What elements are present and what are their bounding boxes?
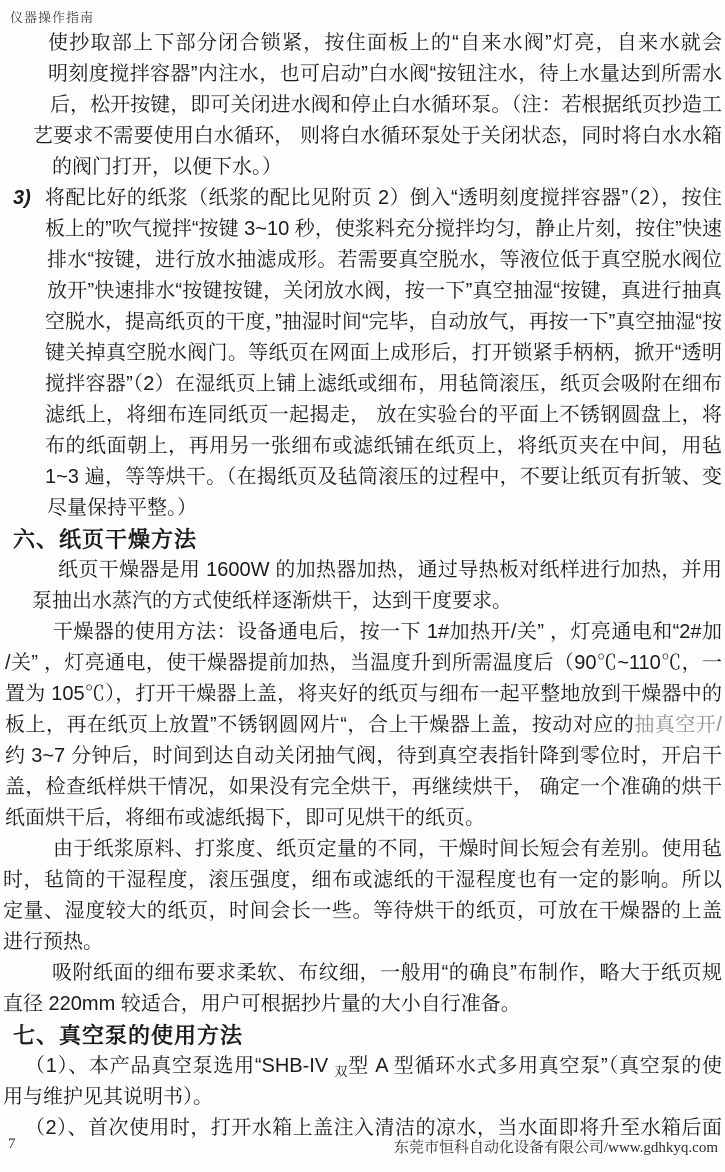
text-segment: 约 3~7 分钟后，时间到达自动关闭抽气阀，待到真空表指针降到零位时，开启干燥器… — [5, 745, 722, 772]
text-segment: 吸附纸面的细布要求柔软、布纹细，一般用“的确良”布制作，略大于纸页规格， — [52, 962, 722, 989]
text-segment: 排水“按键，进行放水抽滤成形。若需要真空脱水，等液位低于真空脱水阀位置后， — [47, 249, 722, 276]
text-segment: 布的纸面朝上，再用另一张细布或滤纸铺在纸页上，将纸页夹在中间，用毡筒滚压 — [45, 435, 722, 462]
text-line: 明刻度搅拌容器”内注水，也可启动”白水阀“按钮注水，待上水量达到所需水量 — [0, 59, 722, 90]
text-line: 板上的”吹气搅拌“按键 3~10 秒，使浆料充分搅拌均匀，静止片刻，按住”快速 — [0, 214, 722, 245]
text-segment: 板上，再在纸页上放置”不锈钢圆网片“，合上干燥器上盖，按动对应的 — [5, 714, 634, 736]
text-segment: 明刻度搅拌容器”内注水，也可启动”白水阀“按钮注水，待上水量达到所需水量 — [48, 63, 722, 90]
text-segment: 由于纸浆原料、打浆度、纸页定量的不同，干燥时间长短会有差别。使用毡筒 — [53, 838, 722, 865]
text-segment: 直径 220mm 较适合，用户可根据抄片量的大小自行准备。 — [3, 993, 521, 1015]
text-segment: 空脱水，提高纸页的干度，”抽湿时间“完毕，自动放气，再按一下”真空抽湿“按 — [45, 311, 722, 333]
header-title: 仪器操作指南 — [10, 10, 94, 25]
text-line: （1）、本产品真空泵选用“SHB-IV 双型 A 型循环水式多用真空泵”（真空泵… — [0, 1051, 722, 1082]
text-segment: 六、纸页干燥方法 — [13, 527, 197, 552]
text-line: 板上，再在纸页上放置”不锈钢圆网片“，合上干燥器上盖，按动对应的抽真空开/关， — [0, 710, 722, 741]
text-segment: （1）、本产品真空泵选用“SHB-IV — [25, 1055, 334, 1077]
footer-company-url: 东莞市恒科自动化设备有限公司/www.gdhkyq.com — [394, 1136, 718, 1157]
text-line: 置为 105℃），打开干燥器上盖，将夹好的纸页与细布一起平整地放到干燥器中的导热 — [0, 679, 722, 710]
text-line: 放开”快速排水“按键按键，关闭放水阀，按一下”真空抽湿“按键，真进行抽真 — [0, 276, 722, 307]
section-heading: 六、纸页干燥方法 — [0, 524, 722, 555]
text-line: 尽量保持平整。） — [0, 493, 722, 524]
text-segment: 后，松开按键，即可关闭进水阀和停止白水循环泵。（注：若根据纸页抄造工 — [50, 94, 722, 116]
text-segment: 时，毡筒的干湿程度，滚压强度，细布或滤纸的干湿程度也有一定的影响。所以干燥 — [3, 869, 722, 896]
text-segment: 使抄取部上下部分闭合锁紧，按住面板上的“自来水阀”灯亮，自来水就会向“透 — [48, 32, 722, 59]
text-segment: 1~3 遍，等等烘干。（在揭纸页及毡筒滚压的过程中，不要让纸页有折皱、变形， — [45, 466, 722, 493]
text-line: 纸面烘干后，将细布或滤纸揭下，即可见烘干的纸页。 — [0, 803, 722, 834]
text-segment: 干燥器的使用方法：设备通电后，按一下 1#加热开/关” ，灯亮通电和“2#加热开 — [53, 621, 722, 648]
text-line: 搅拌容器”（2）在湿纸页上铺上滤纸或细布，用毡筒滚压，纸页会吸附在细布或 — [0, 369, 722, 400]
text-segment: 键关掉真空脱水阀门。等纸页在网面上成形后，打开锁紧手柄柄，掀开“透明刻度 — [45, 342, 722, 369]
text-line: 键关掉真空脱水阀门。等纸页在网面上成形后，打开锁紧手柄柄，掀开“透明刻度 — [0, 338, 722, 369]
text-line: 空脱水，提高纸页的干度，”抽湿时间“完毕，自动放气，再按一下”真空抽湿“按 — [0, 307, 722, 338]
text-line: 使抄取部上下部分闭合锁紧，按住面板上的“自来水阀”灯亮，自来水就会向“透 — [0, 28, 722, 59]
text-segment: 的阀门打开，以便下水。） — [52, 156, 282, 178]
text-line: 3)将配比好的纸浆（纸浆的配比见附页 2）倒入“透明刻度搅拌容器”（2），按住面 — [0, 183, 722, 214]
page-header: 仪器操作指南 — [10, 7, 94, 26]
section-heading: 七、真空泵的使用方法 — [0, 1020, 722, 1051]
text-line: 的阀门打开，以便下水。） — [0, 152, 722, 183]
text-segment: 放开”快速排水“按键按键，关闭放水阀，按一下”真空抽湿“按键，真进行抽真 — [47, 280, 722, 302]
page-footer: 7 东莞市恒科自动化设备有限公司/www.gdhkyq.com — [8, 1136, 718, 1157]
text-line: 布的纸面朝上，再用另一张细布或滤纸铺在纸页上，将纸页夹在中间，用毡筒滚压 — [0, 431, 722, 462]
text-line: 约 3~7 分钟后，时间到达自动关闭抽气阀，待到真空表指针降到零位时，开启干燥器… — [0, 741, 722, 772]
text-segment: 纸面烘干后，将细布或滤纸揭下，即可见烘干的纸页。 — [5, 807, 485, 829]
document-body: 使抄取部上下部分闭合锁紧，按住面板上的“自来水阀”灯亮，自来水就会向“透明刻度搅… — [0, 28, 722, 1144]
text-line: 干燥器的使用方法：设备通电后，按一下 1#加热开/关” ，灯亮通电和“2#加热开 — [0, 617, 722, 648]
text-line: 用与维护见其说明书）。 — [0, 1082, 722, 1113]
text-segment: 定量、湿度较大的纸页，时间会长一些。等待烘干的纸页，可放在干燥器的上盖板上 — [3, 900, 722, 927]
text-line: 艺要求不需要使用白水循环， 则将白水循环泵处于关闭状态，同时将白水水箱底侧 — [0, 121, 722, 152]
text-segment: 进行预热。 — [3, 931, 103, 953]
text-line: 纸页干燥器是用 1600W 的加热器加热，通过导热板对纸样进行加热，并用真空 — [0, 555, 722, 586]
text-line: 时，毡筒的干湿程度，滚压强度，细布或滤纸的干湿程度也有一定的影响。所以干燥 — [0, 865, 722, 896]
text-line: 进行预热。 — [0, 927, 722, 958]
text-segment: 板上的”吹气搅拌“按键 3~10 秒，使浆料充分搅拌均匀，静止片刻，按住”快速 — [45, 218, 722, 240]
text-segment: 盖，检查纸样烘干情况，如果没有完全烘干，再继续烘干， 确定一个准确的烘干时间。 — [5, 776, 722, 803]
text-segment: 置为 105℃），打开干燥器上盖，将夹好的纸页与细布一起平整地放到干燥器中的导热 — [5, 683, 722, 710]
text-line: 排水“按键，进行放水抽滤成形。若需要真空脱水，等液位低于真空脱水阀位置后， — [0, 245, 722, 276]
text-segment: 型 A 型循环水式多用真空泵”（真空泵的使 — [348, 1055, 722, 1077]
text-segment: 将配比好的纸浆（纸浆的配比见附页 2）倒入“透明刻度搅拌容器”（2），按住面 — [45, 187, 722, 214]
text-line: 滤纸上，将细布连同纸页一起揭走， 放在实验台的平面上不锈钢圆盘上，将没有细 — [0, 400, 722, 431]
text-segment: 纸页干燥器是用 1600W 的加热器加热，通过导热板对纸样进行加热，并用真空 — [58, 559, 722, 586]
text-line: 盖，检查纸样烘干情况，如果没有完全烘干，再继续烘干， 确定一个准确的烘干时间。 — [0, 772, 722, 803]
text-line: /关” ，灯亮通电，使干燥器提前加热，当温度升到所需温度后（90℃~110℃，一… — [0, 648, 722, 679]
text-line: 后，松开按键，即可关闭进水阀和停止白水循环泵。（注：若根据纸页抄造工 — [0, 90, 722, 121]
document-page: 仪器操作指南 使抄取部上下部分闭合锁紧，按住面板上的“自来水阀”灯亮，自来水就会… — [0, 0, 725, 1172]
text-line: 吸附纸面的细布要求柔软、布纹细，一般用“的确良”布制作，略大于纸页规格， — [0, 958, 722, 989]
text-segment: 滤纸上，将细布连同纸页一起揭走， 放在实验台的平面上不锈钢圆盘上，将没有细 — [45, 404, 722, 431]
text-line: 直径 220mm 较适合，用户可根据抄片量的大小自行准备。 — [0, 989, 722, 1020]
list-item-number: 3) — [13, 183, 31, 214]
page-number: 7 — [8, 1136, 16, 1153]
text-segment: /关” ，灯亮通电，使干燥器提前加热，当温度升到所需温度后（90℃~110℃，一… — [5, 652, 722, 679]
text-line: 由于纸浆原料、打浆度、纸页定量的不同，干燥时间长短会有差别。使用毡筒 — [0, 834, 722, 865]
text-line: 1~3 遍，等等烘干。（在揭纸页及毡筒滚压的过程中，不要让纸页有折皱、变形， — [0, 462, 722, 493]
text-segment: 泵抽出水蒸汽的方式使纸样逐渐烘干，达到干度要求。 — [32, 590, 512, 612]
text-segment: 艺要求不需要使用白水循环， 则将白水循环泵处于关闭状态，同时将白水水箱底侧 — [33, 125, 722, 152]
text-segment: 尽量保持平整。） — [47, 497, 197, 519]
text-line: 定量、湿度较大的纸页，时间会长一些。等待烘干的纸页，可放在干燥器的上盖板上 — [0, 896, 722, 927]
text-segment: 搅拌容器”（2）在湿纸页上铺上滤纸或细布，用毡筒滚压，纸页会吸附在细布或 — [45, 373, 722, 400]
subscript-text: 双 — [334, 1064, 348, 1079]
text-line: 泵抽出水蒸汽的方式使纸样逐渐烘干，达到干度要求。 — [0, 586, 722, 617]
text-segment: 用与维护见其说明书）。 — [3, 1086, 213, 1108]
text-segment: 七、真空泵的使用方法 — [13, 1023, 243, 1048]
